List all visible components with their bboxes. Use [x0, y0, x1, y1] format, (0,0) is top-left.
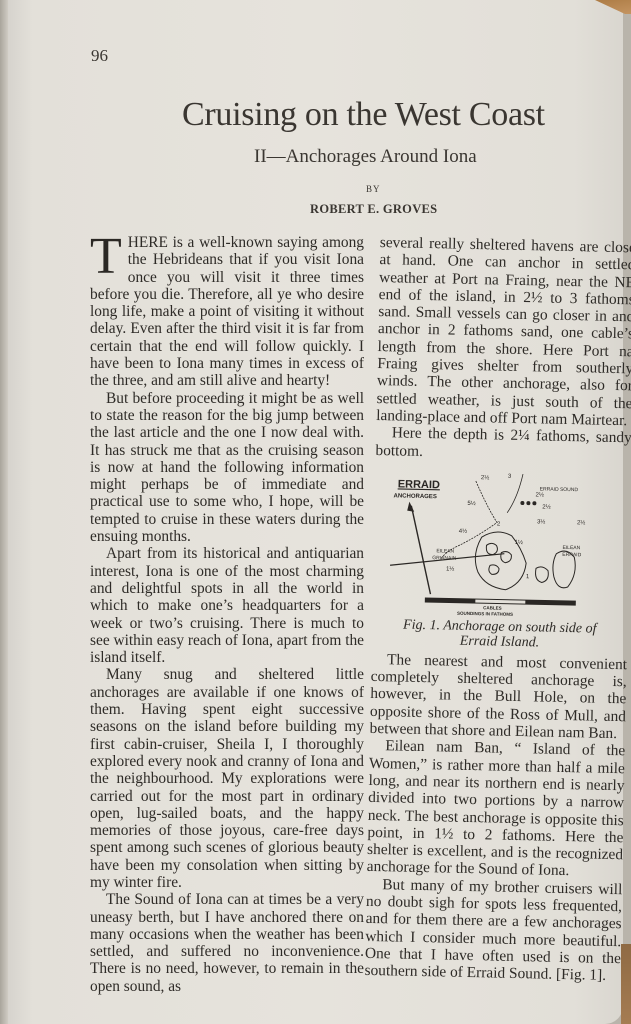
- svg-text:GRIANAIN: GRIANAIN: [432, 555, 457, 562]
- figure-erraid-map: ERRAID ANCHORAGES: [371, 465, 631, 652]
- left-column: THERE is a well-known saying among the H…: [90, 234, 364, 995]
- book-page: 96 Cruising on the West Coast II—Anchora…: [8, 0, 623, 1024]
- paragraph: several really sheltered havens are clos…: [376, 234, 631, 430]
- svg-text:2½: 2½: [536, 491, 544, 498]
- svg-text:CABLES: CABLES: [483, 605, 502, 610]
- drop-cap: T: [90, 237, 122, 277]
- page-number: 96: [91, 46, 108, 66]
- paragraph: The Sound of Iona can at times be a very…: [90, 891, 364, 995]
- svg-text:2½: 2½: [577, 519, 585, 526]
- svg-text:1½: 1½: [515, 539, 523, 546]
- svg-text:ANCHORAGES: ANCHORAGES: [393, 493, 436, 500]
- paragraph: The nearest and most convenient complete…: [369, 651, 627, 743]
- book-spine: [0, 0, 8, 1024]
- svg-text:ERRAID: ERRAID: [398, 478, 440, 491]
- paragraph: But before proceeding it might be as wel…: [90, 390, 364, 546]
- paragraph: THERE is a well-known saying among the H…: [90, 234, 364, 390]
- article-title: Cruising on the West Coast: [182, 96, 572, 134]
- paragraph: Apart from its historical and antiquaria…: [90, 545, 364, 666]
- author-name: ROBERT E. GROVES: [310, 202, 437, 217]
- svg-text:1: 1: [526, 574, 530, 580]
- svg-text:3: 3: [508, 474, 512, 480]
- svg-text:2½: 2½: [542, 503, 550, 510]
- svg-text:EILEAN: EILEAN: [562, 545, 580, 551]
- svg-text:ERRAID: ERRAID: [562, 552, 581, 558]
- map-illustration: ERRAID ANCHORAGES: [385, 465, 618, 620]
- desk-surface-bottom: [621, 944, 631, 1024]
- figure-caption: Fig. 1. Anchorage on south side of Errai…: [371, 617, 628, 652]
- byline-label: BY: [366, 184, 381, 194]
- svg-text:3½: 3½: [537, 518, 545, 525]
- right-column: several really sheltered havens are clos…: [364, 234, 631, 985]
- svg-text:EILEAN: EILEAN: [436, 548, 454, 554]
- svg-text:1½: 1½: [446, 565, 454, 572]
- svg-text:ERRAID SOUND: ERRAID SOUND: [540, 486, 579, 493]
- svg-text:4½: 4½: [459, 528, 467, 535]
- article-subtitle: II—Anchorages Around Iona: [254, 146, 477, 168]
- paragraph: Eilean nam Ban, “ Island of the Women,” …: [367, 737, 626, 881]
- svg-text:5½: 5½: [467, 500, 475, 507]
- paragraph: But many of my brother cruisers will no …: [364, 876, 622, 985]
- svg-text:2: 2: [497, 521, 501, 527]
- svg-text:2½: 2½: [481, 474, 489, 481]
- paragraph: Many snug and sheltered little anchorage…: [90, 666, 364, 891]
- paragraph: Here the depth is 2¼ fathoms, sandy bott…: [375, 424, 631, 464]
- svg-text:SOUNDINGS IN FATHOMS: SOUNDINGS IN FATHOMS: [457, 611, 513, 617]
